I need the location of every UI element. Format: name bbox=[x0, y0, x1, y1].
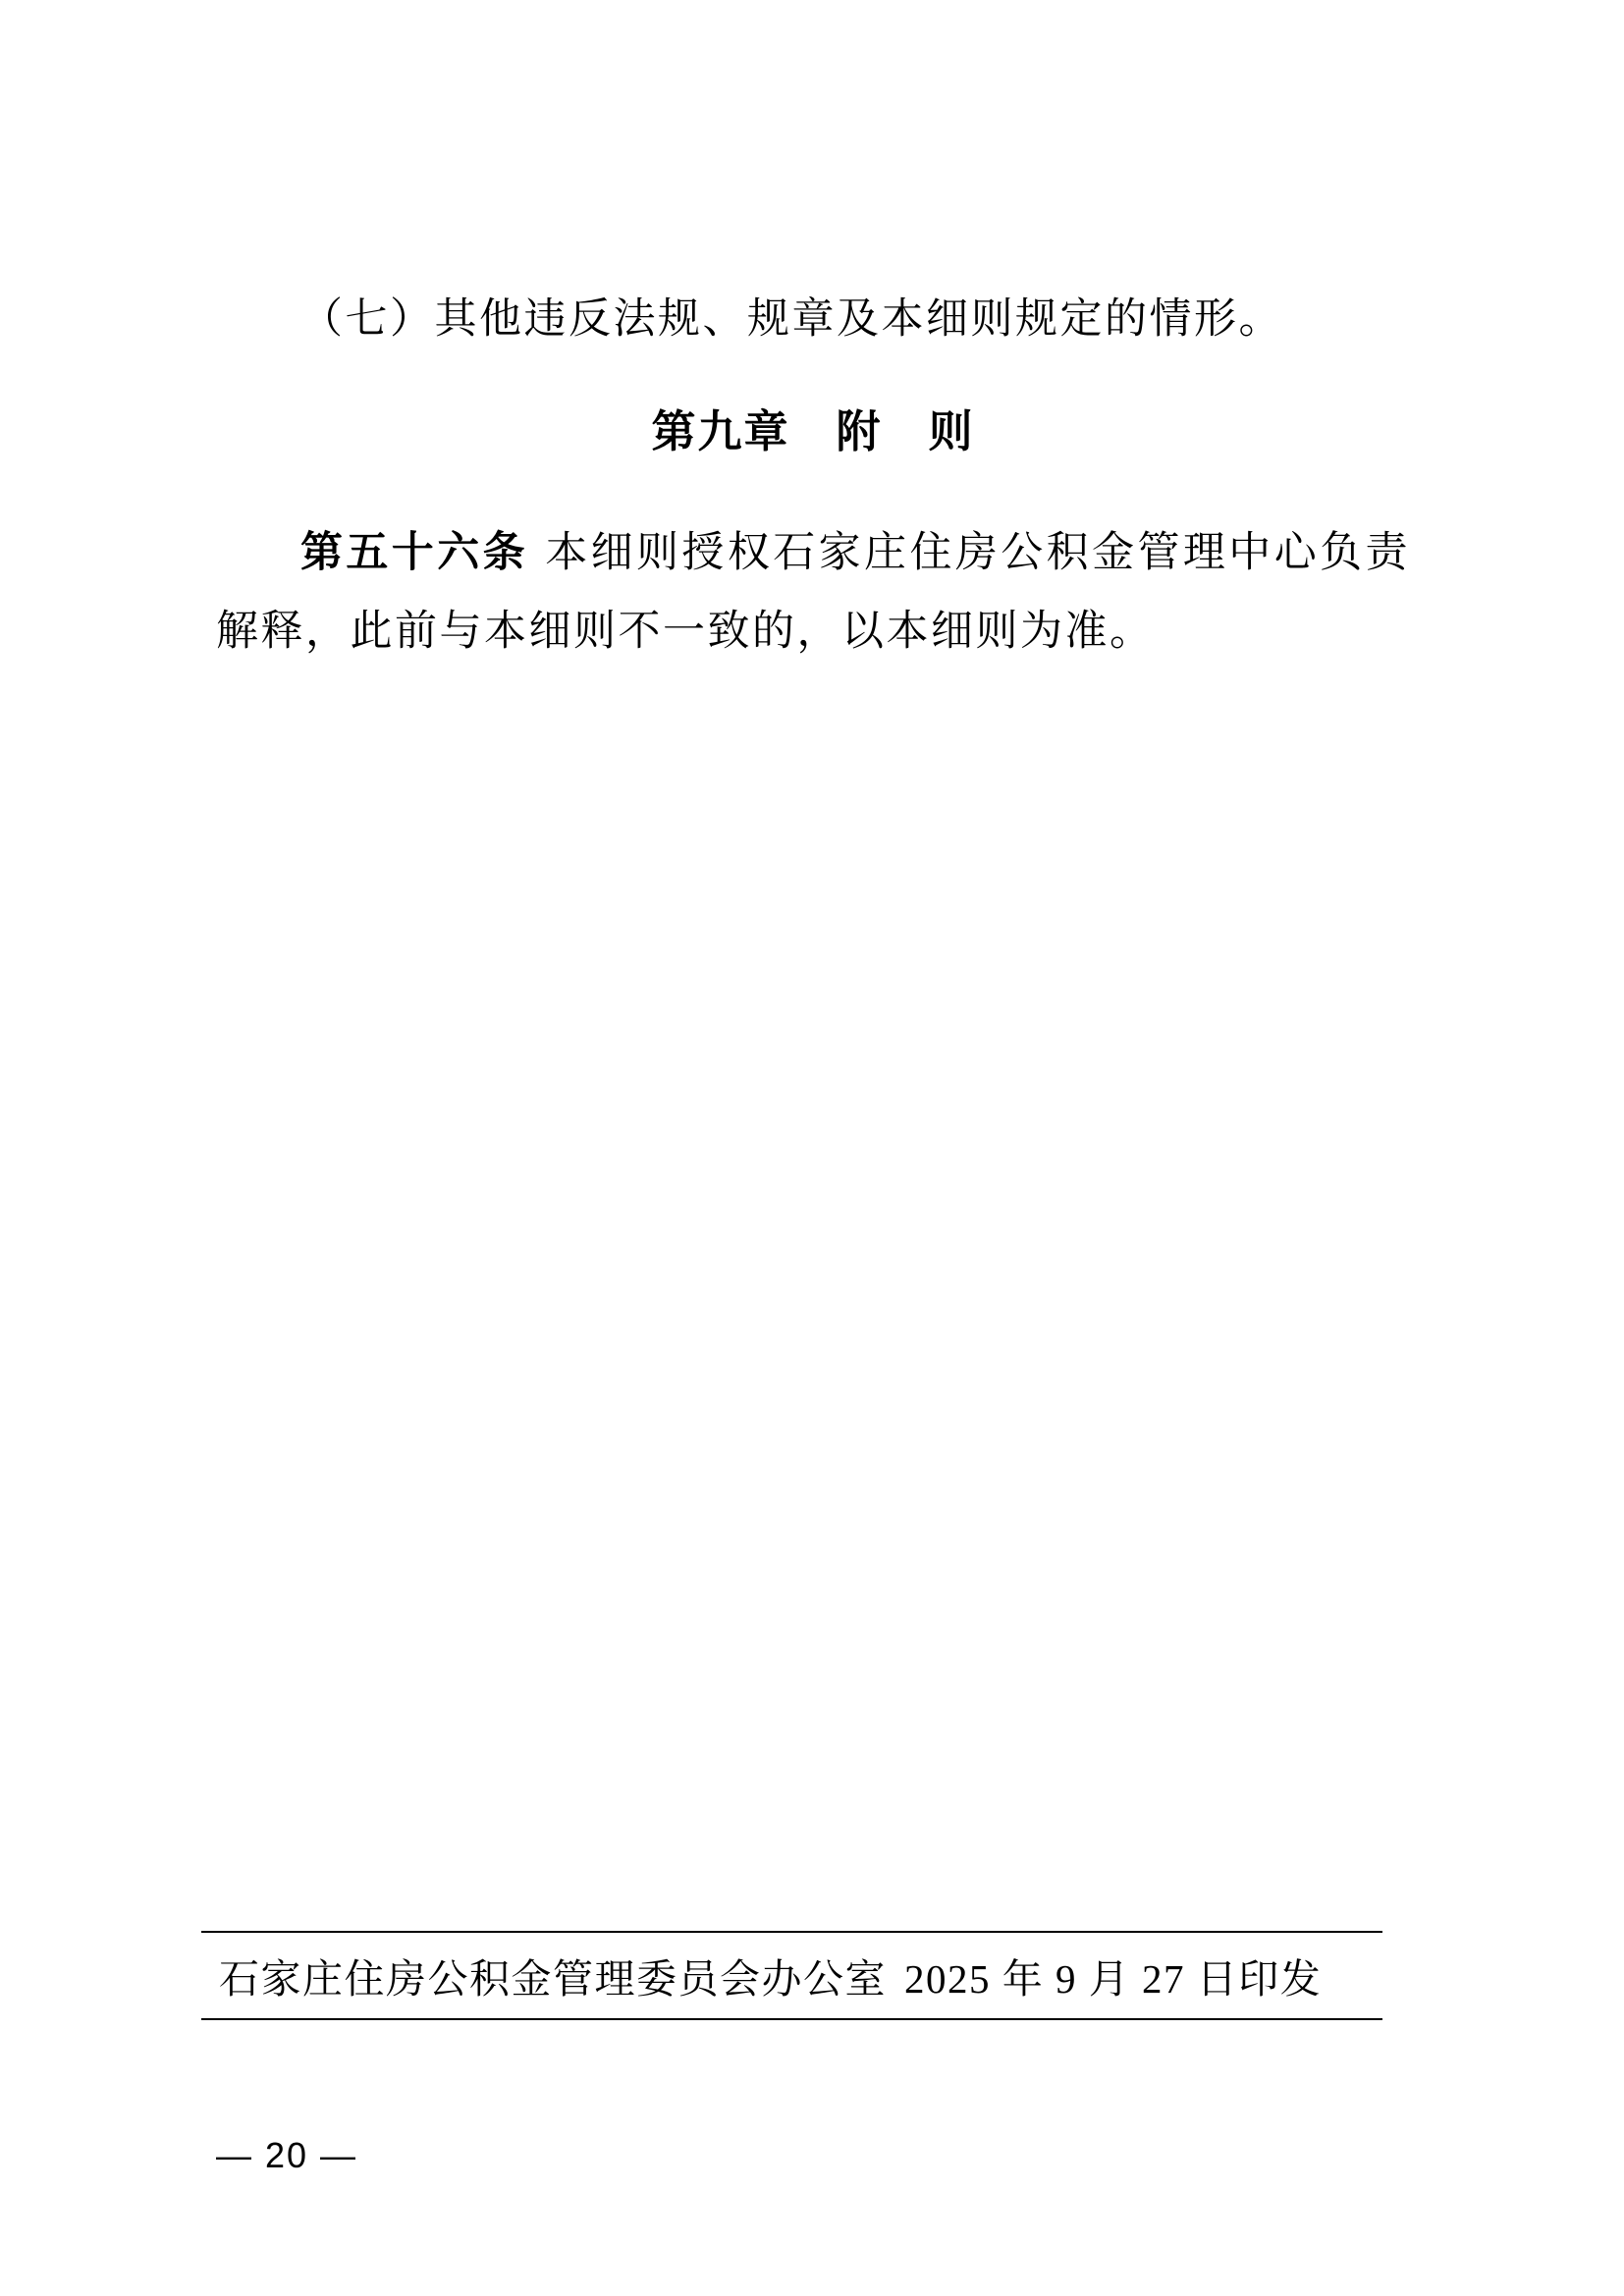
document-page: （七）其他违反法规、规章及本细则规定的情形。 第九章 附 则 第五十六条本细则授… bbox=[0, 0, 1624, 2296]
issuing-office: 石家庄住房公积金管理委员会办公室 bbox=[219, 1947, 887, 2004]
page-number: — 20 — bbox=[216, 2136, 357, 2175]
article-fifty-six: 第五十六条本细则授权石家庄住房公积金管理中心负责解释，此前与本细则不一致的，以本… bbox=[216, 514, 1410, 671]
chapter-nine-heading: 第九章 附 则 bbox=[216, 393, 1410, 471]
issue-date: 2025 年 9 月 27 日印发 bbox=[904, 1947, 1322, 2004]
issuance-footer: 石家庄住房公积金管理委员会办公室 2025 年 9 月 27 日印发 bbox=[201, 1931, 1382, 2020]
clause-item-seven: （七）其他违反法规、规章及本细则规定的情形。 bbox=[216, 281, 1410, 359]
article-fifty-six-label: 第五十六条 bbox=[300, 530, 528, 576]
